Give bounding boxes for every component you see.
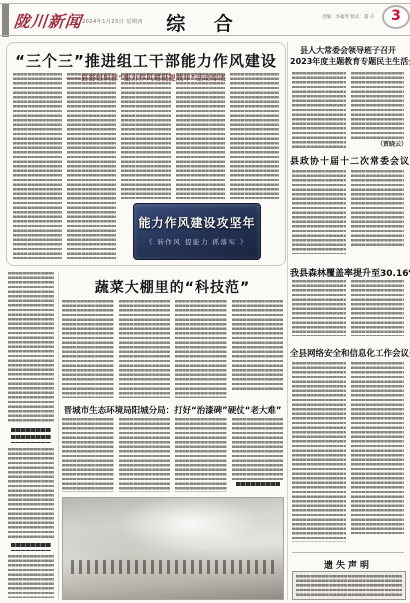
- right-article-1-headline: 县人大常委会领导班子召开: [290, 45, 406, 56]
- photo-figures: [71, 560, 275, 574]
- left-column-subhead: [11, 543, 51, 551]
- left-column-divider: [58, 272, 59, 600]
- right-article-4-body: [292, 362, 404, 542]
- article-body-column: [351, 280, 405, 336]
- article-body-column: [119, 300, 171, 398]
- lead-body-column: [176, 73, 225, 199]
- header-top-rule: [0, 3, 410, 4]
- right-column-divider: [287, 42, 288, 600]
- article-body-column: [62, 418, 114, 492]
- right-article-3-headline: 我县森林覆盖率提升至30.16%: [290, 266, 406, 279]
- right-article-1-body: [292, 72, 404, 148]
- article-body-column: [351, 170, 405, 248]
- loss-notice-text: [296, 575, 402, 596]
- article-body-column: [292, 170, 346, 254]
- article-body-column: [292, 72, 346, 148]
- right-article-2-headline: 县政协十届十二次常委会议召开: [290, 154, 406, 167]
- notice-divider: [292, 552, 404, 553]
- campaign-banner-title: 能力作风建设攻坚年: [134, 214, 260, 231]
- article-body-column: [175, 418, 227, 492]
- left-column-text: [8, 555, 54, 598]
- center-article-2-headline: 晋城市生态环境局阳城分局：打好“治漆碑”硬仗“老大难”: [62, 404, 283, 416]
- news-photo: [62, 497, 284, 600]
- left-column-text: [8, 448, 54, 540]
- article-body-column: [292, 280, 346, 336]
- lead-body-column: [121, 73, 170, 199]
- page-number-badge: 3: [382, 5, 410, 29]
- lead-body-column: [230, 73, 279, 199]
- page-credits: 责编：李福寿 版式：董 卉: [322, 14, 374, 20]
- article-body-column: [351, 72, 405, 140]
- article-body-column: [232, 300, 284, 390]
- right-article-1-byline: （贾晓云）: [360, 139, 407, 148]
- right-article-1-headline-line2: 2023年度主题教育专题民主生活会: [290, 56, 406, 67]
- article-body-column: [175, 300, 227, 398]
- right-article-4-headline: 全县网络安全和信息化工作会议召开: [290, 347, 406, 359]
- lead-headline: “三个三”推进组工干部能力作风建设: [7, 50, 285, 71]
- center-article-2-byline: [236, 482, 280, 488]
- article-body-column: [292, 362, 346, 542]
- newspaper-page: 陇川新闻 2024年1月25日 星期四 综 合 责编：李福寿 版式：董 卉 3 …: [0, 0, 410, 603]
- header-bottom-rule: [0, 35, 410, 36]
- left-column-text: [8, 272, 54, 424]
- lead-body-column: [13, 73, 62, 259]
- campaign-banner-slogan: 《 转作风 提能力 抓落实 》: [134, 237, 260, 246]
- right-article-3-body: [292, 280, 404, 336]
- right-article-2-body: [292, 170, 404, 254]
- lead-article-box: “三个三”推进组工干部能力作风建设 ——县委组织部“能力作风建设提效年”活动综述…: [6, 42, 286, 266]
- article-body-column: [232, 418, 284, 480]
- center-article-1-body: [62, 300, 283, 398]
- article-body-column: [119, 418, 171, 492]
- center-article-2-body: [62, 418, 283, 492]
- left-column-subhead: [11, 428, 51, 443]
- center-article-1-headline: 蔬菜大棚里的“科技范”: [62, 277, 283, 297]
- article-body-column: [62, 300, 114, 398]
- campaign-banner: 能力作风建设攻坚年 《 转作风 提能力 抓落实 》: [133, 203, 261, 260]
- loss-notice-box: [292, 571, 406, 600]
- loss-notice-title: 遗失声明: [290, 558, 406, 571]
- lead-body-column: [67, 73, 116, 259]
- article-body-column: [351, 362, 405, 534]
